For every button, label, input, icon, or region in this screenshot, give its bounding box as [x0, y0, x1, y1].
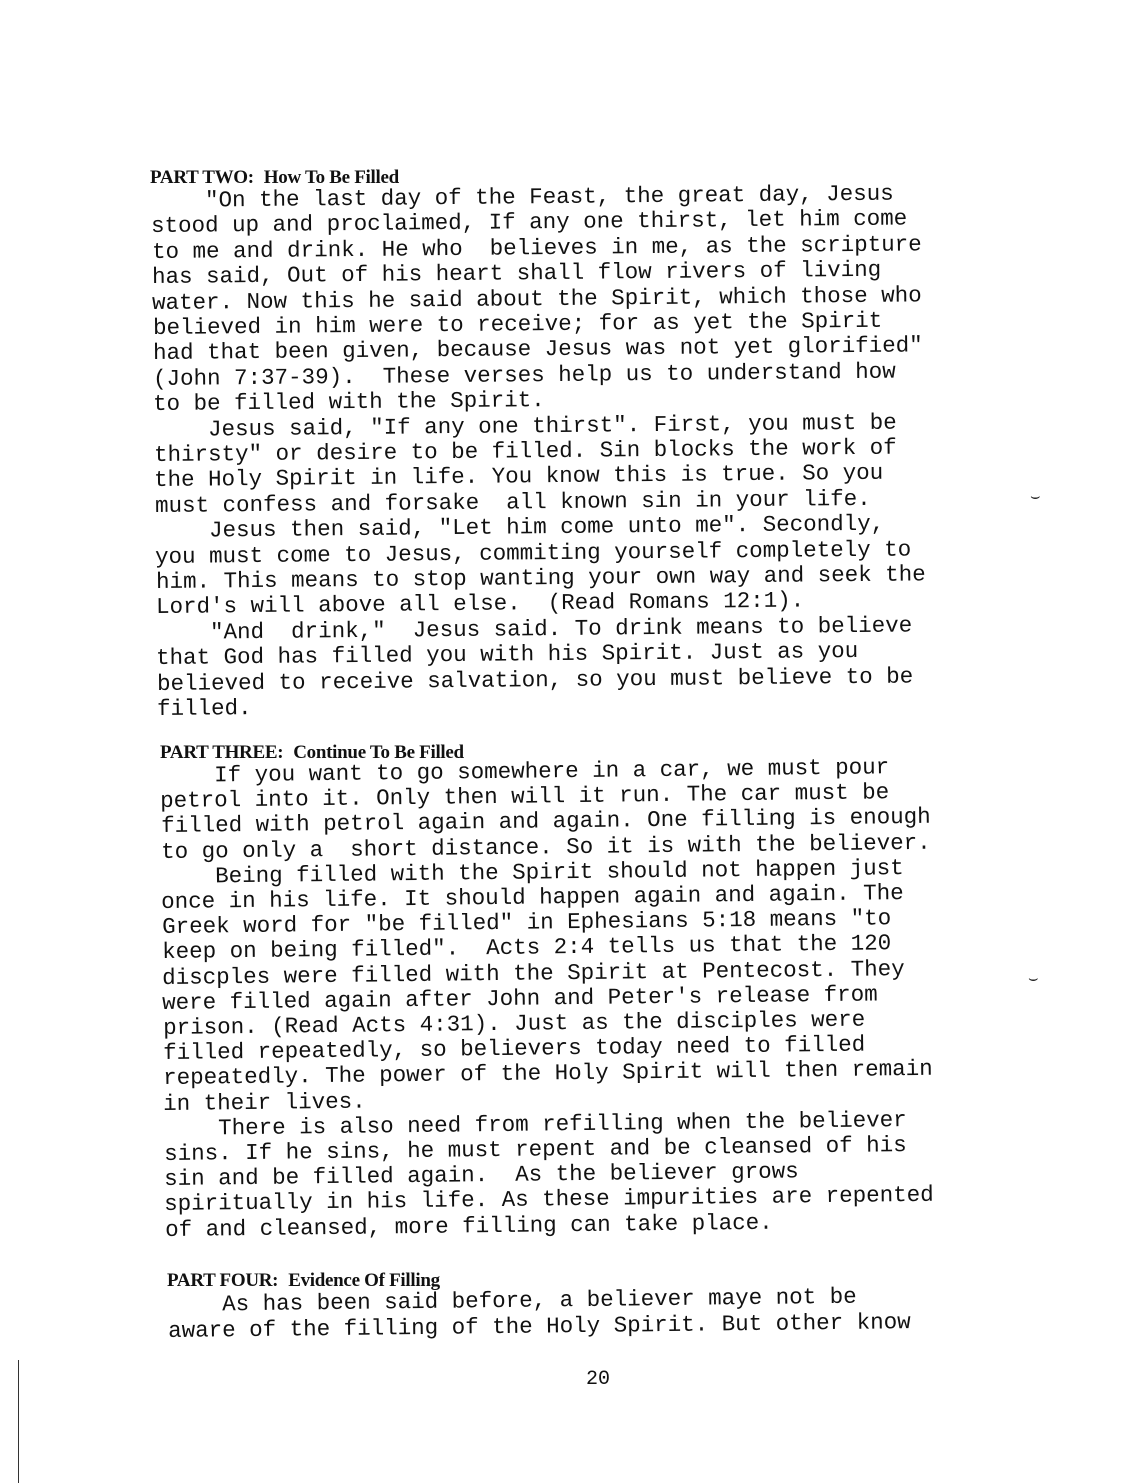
margin-mark: ⌣ — [1028, 968, 1039, 988]
body-text-line: him. This means to stop wanting your own… — [156, 563, 926, 593]
scan-edge-line — [18, 1360, 19, 1483]
page-number: 20 — [586, 1368, 610, 1391]
section-part-label: PART FOUR: — [167, 1270, 278, 1291]
section-part-label: PART TWO: — [150, 167, 254, 188]
margin-mark: ⌣ — [1030, 486, 1041, 506]
body-text-line: in their lives. — [163, 1090, 366, 1115]
body-text-line: to be filled with the Spirit. — [153, 389, 545, 415]
document-page: PART TWO:How To Be Filled "On the last d… — [0, 0, 1125, 1483]
body-text-line: of and cleansed, more filling can take p… — [165, 1211, 773, 1241]
body-text-line: repeatedly. The power of the Holy Spirit… — [163, 1058, 933, 1090]
body-text-line: spiritually in his life. As these impuri… — [164, 1184, 934, 1216]
body-text-line: aware of the filling of the Holy Spirit.… — [168, 1311, 911, 1342]
body-text-line: filled. — [157, 697, 252, 720]
body-text-line: (John 7:37-39). These verses help us to … — [153, 360, 896, 390]
section-title: Evidence Of Filling — [288, 1270, 440, 1291]
section-part-label: PART THREE: — [160, 742, 283, 763]
body-text-line: believed to receive salvation, so you mu… — [157, 665, 913, 695]
